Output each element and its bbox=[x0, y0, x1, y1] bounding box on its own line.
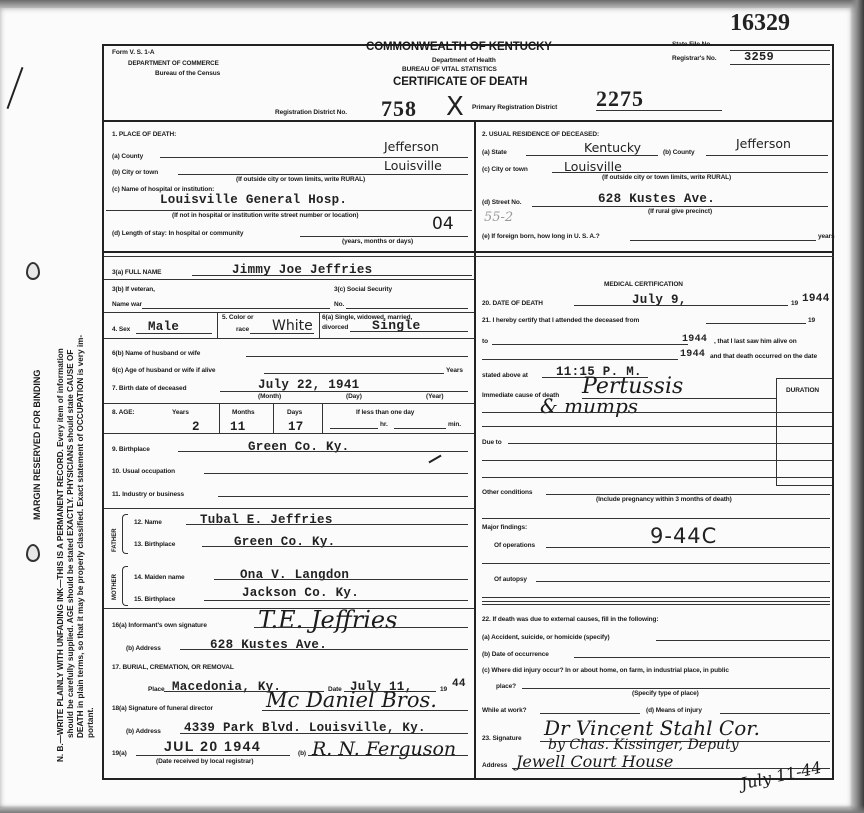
signature-label: 23. Signature bbox=[482, 735, 522, 742]
sex-line bbox=[136, 333, 212, 334]
received-line bbox=[136, 755, 290, 756]
birth-month-note: (Month) bbox=[258, 393, 281, 400]
stay-line bbox=[300, 236, 468, 237]
res-state-value: Kentucky bbox=[584, 140, 641, 155]
father-name-line bbox=[186, 524, 468, 525]
occurred-text: and that death occurred on the date bbox=[710, 353, 817, 360]
commonwealth-title: COMMONWEALTH OF KENTUCKY bbox=[366, 41, 552, 53]
other-label: Other conditions bbox=[482, 489, 532, 496]
primary-district-line bbox=[596, 110, 722, 111]
row-line-4 bbox=[104, 403, 474, 404]
registrar-sig-line bbox=[308, 755, 468, 756]
other-line-2 bbox=[482, 518, 830, 519]
autopsy-line bbox=[536, 581, 830, 582]
occupation-label: 10. Usual occupation bbox=[112, 468, 175, 475]
work-line bbox=[540, 713, 640, 714]
duration-line-2 bbox=[776, 426, 832, 427]
res-state-line bbox=[526, 155, 658, 156]
registrar-signature: R. N. Ferguson bbox=[312, 738, 456, 760]
years-value: 2 bbox=[192, 420, 200, 434]
informant-signature: T.E. Jeffries bbox=[258, 606, 397, 634]
margin-pencil-mark: 55-2 bbox=[484, 210, 513, 225]
full-name-line bbox=[192, 275, 472, 276]
signature-deputy: by Chas. Kissinger, Deputy bbox=[548, 737, 739, 753]
spouse-age-unit: Years bbox=[446, 367, 463, 374]
last-seen-text: , that I last saw him alive on bbox=[714, 338, 797, 345]
color-line bbox=[250, 333, 314, 334]
margin-note-line-1: N. B.—WRITE PLAINLY WITH UNFADING INK—TH… bbox=[56, 348, 65, 762]
birth-day-note: (Day) bbox=[346, 393, 362, 400]
informant-sig-label: 16(a) Informant's own signature bbox=[112, 622, 207, 629]
autopsy-line-2 bbox=[482, 597, 830, 598]
death-year-prefix: 19 bbox=[791, 300, 798, 307]
scan-shadow-bottom bbox=[0, 805, 864, 813]
years-label: Years bbox=[172, 409, 189, 416]
findings-label: Major findings: bbox=[482, 524, 527, 531]
sex-value: Male bbox=[148, 320, 179, 334]
accident-line bbox=[656, 640, 830, 641]
margin-note-line-4: portant. bbox=[86, 708, 95, 738]
reg-district-label: Registration District No. bbox=[275, 109, 347, 116]
res-county-line bbox=[706, 155, 828, 156]
months-label: Months bbox=[232, 409, 255, 416]
hospital-line bbox=[106, 210, 472, 211]
father-name-label: 12. Name bbox=[134, 519, 162, 526]
other-line bbox=[546, 494, 830, 495]
death-date-label: 20. DATE OF DEATH bbox=[482, 300, 543, 307]
row-line-3 bbox=[104, 338, 474, 339]
lt-day-label: If less than one day bbox=[356, 409, 414, 416]
mother-birth-label: 15. Birthplace bbox=[134, 596, 175, 603]
residence-heading: 2. USUAL RESIDENCE OF DECEASED: bbox=[482, 131, 599, 138]
days-label: Days bbox=[287, 409, 302, 416]
hospital-note: (If not in hospital or institution write… bbox=[172, 212, 359, 219]
informant-address-line bbox=[180, 649, 468, 650]
row-line-2 bbox=[104, 312, 474, 313]
where-label: (c) Where did injury occur? In or about … bbox=[482, 667, 729, 674]
foreign-unit: years bbox=[818, 233, 835, 240]
ext-divider-2 bbox=[482, 604, 830, 605]
sig-address-label: Address bbox=[482, 762, 507, 769]
reg-district-value: 758 bbox=[381, 96, 417, 122]
color-value: White bbox=[272, 318, 313, 334]
burial-year-prefix: 19 bbox=[440, 686, 447, 693]
medical-heading: MEDICAL CERTIFICATION bbox=[604, 281, 683, 288]
department: DEPARTMENT OF COMMERCE bbox=[128, 60, 219, 67]
cause-line-3 bbox=[482, 426, 776, 427]
age-divider-2 bbox=[273, 403, 274, 433]
margin-note-line-2: should be carefully supplied. AGE should… bbox=[66, 350, 75, 738]
birth-value: July 22, 1941 bbox=[258, 378, 359, 392]
age-divider-1 bbox=[219, 403, 220, 433]
operations-line-2 bbox=[482, 563, 830, 564]
registrar-label: Registrar's No. bbox=[672, 55, 716, 62]
to-label: to bbox=[482, 338, 488, 345]
registrar-value: 3259 bbox=[744, 50, 774, 64]
registrar-sig-label: (b) bbox=[298, 750, 306, 757]
hospital-label: (c) Name of hospital or institution: bbox=[112, 186, 214, 193]
operations-label: Of operations bbox=[494, 542, 535, 549]
birthplace-line bbox=[178, 451, 468, 452]
dept-health: Department of Health bbox=[432, 57, 496, 64]
mother-name-label: 14. Maiden name bbox=[134, 574, 185, 581]
spouse-line bbox=[246, 356, 468, 357]
operations-line bbox=[546, 547, 830, 548]
hospital-value: Louisville General Hosp. bbox=[160, 193, 347, 207]
received-label: 19(a) bbox=[112, 750, 127, 757]
certify-label: 21. I hereby certify that I attended the… bbox=[482, 317, 639, 324]
res-county-value: Jefferson bbox=[736, 136, 791, 151]
duration-line-3 bbox=[776, 443, 832, 444]
received-date-stamp: JUL 20 1944 bbox=[164, 738, 261, 754]
margin-reserved-text: MARGIN RESERVED FOR BINDING bbox=[32, 370, 42, 520]
row-line-5 bbox=[104, 433, 474, 434]
county-value: Jefferson bbox=[384, 139, 439, 154]
mother-bracket bbox=[122, 566, 128, 606]
last-seen-year: 1944 bbox=[680, 349, 705, 360]
director-address-line bbox=[180, 733, 468, 734]
duration-line-5 bbox=[776, 477, 832, 478]
director-address-label: (b) Address bbox=[126, 728, 161, 735]
war-line bbox=[142, 308, 330, 309]
bureau-vital: BUREAU OF VITAL STATISTICS bbox=[402, 66, 497, 73]
marital-label-2: divorced bbox=[322, 324, 348, 331]
color-label-2: race bbox=[236, 326, 249, 333]
hr-label: hr. bbox=[380, 421, 388, 428]
section-divider-1 bbox=[104, 251, 834, 253]
war-label: Name war bbox=[112, 301, 142, 308]
res-city-line bbox=[552, 172, 828, 173]
occurrence-line bbox=[574, 657, 830, 658]
certificate-number: 16329 bbox=[730, 10, 790, 37]
duration-line-1 bbox=[776, 412, 832, 413]
age-divider-3 bbox=[322, 403, 323, 433]
duration-line-4 bbox=[776, 460, 832, 461]
city-label: (b) City or town bbox=[112, 169, 158, 176]
burial-heading: 17. BURIAL, CREMATION, OR REMOVAL bbox=[112, 664, 234, 671]
ss-label: 3(c) Social Security bbox=[334, 286, 392, 293]
days-value: 17 bbox=[288, 420, 304, 434]
sex-label: 4. Sex bbox=[112, 326, 130, 333]
row-line-1 bbox=[104, 279, 474, 280]
certify-line bbox=[706, 323, 806, 324]
res-street-line bbox=[532, 206, 828, 207]
min-line bbox=[394, 428, 446, 429]
occupation-line bbox=[204, 473, 468, 474]
binding-hole-bottom bbox=[26, 544, 40, 562]
city-value: Louisville bbox=[384, 158, 442, 173]
stated-label: stated above at bbox=[482, 372, 528, 379]
due-line-1 bbox=[508, 443, 776, 444]
father-tag: FATHER bbox=[112, 528, 118, 552]
industry-label: 11. Industry or business bbox=[112, 491, 184, 498]
industry-line bbox=[218, 496, 468, 497]
last-seen-line bbox=[482, 359, 678, 360]
director-label: 18(a) Signature of funeral director bbox=[112, 705, 213, 712]
county-label: (a) County bbox=[112, 153, 143, 160]
x-mark: X bbox=[446, 92, 464, 122]
months-value: 11 bbox=[230, 420, 246, 434]
spouse-age-label: 6(c) Age of husband or wife if alive bbox=[112, 367, 215, 374]
row-line-6 bbox=[104, 508, 474, 509]
header-divider bbox=[104, 120, 834, 122]
mother-tag: MOTHER bbox=[112, 574, 118, 600]
res-street-label: (d) Street No. bbox=[482, 199, 521, 206]
place-label: place? bbox=[496, 683, 516, 690]
other-note: (Include pregnancy within 3 months of de… bbox=[596, 496, 732, 503]
spouse-age-line bbox=[264, 373, 444, 374]
informant-address-label: (b) Address bbox=[126, 645, 161, 652]
burial-place-label: Place bbox=[148, 686, 165, 693]
color-label-1: 5. Color or bbox=[222, 314, 253, 321]
ss-no-label: No. bbox=[334, 301, 344, 308]
primary-district-label: Primary Registration District bbox=[472, 104, 557, 111]
stay-label: (d) Length of stay: In hospital or commu… bbox=[112, 230, 243, 237]
certificate-title: CERTIFICATE OF DEATH bbox=[393, 76, 527, 88]
classification-code: 9-44C bbox=[650, 524, 717, 548]
full-name-label: 3(a) FULL NAME bbox=[112, 269, 161, 276]
city-note: (If outside city or town limits, write R… bbox=[236, 176, 365, 183]
sex-divider bbox=[217, 312, 218, 338]
res-street-note: (If rural give precinct) bbox=[648, 208, 712, 215]
center-divider bbox=[474, 122, 476, 778]
spouse-label: 6(b) Name of husband or wife bbox=[112, 350, 200, 357]
scan-shadow-right bbox=[850, 0, 864, 813]
burial-year-value: 44 bbox=[452, 678, 466, 690]
mother-birth-line bbox=[204, 600, 468, 601]
occurrence-label: (b) Date of occurrence bbox=[482, 651, 549, 658]
due-line-3 bbox=[482, 477, 776, 478]
autopsy-label: Of autopsy bbox=[494, 576, 527, 583]
binding-hole-top bbox=[26, 262, 40, 280]
certify-19: 19 bbox=[808, 317, 815, 324]
registrar-line bbox=[730, 64, 830, 65]
state-file-label: State File No. bbox=[672, 41, 712, 48]
cause-line-2 bbox=[482, 412, 776, 413]
director-signature: Mc Daniel Bros. bbox=[266, 688, 437, 712]
director-line bbox=[262, 710, 468, 711]
work-label: While at work? bbox=[482, 707, 526, 714]
place-note: (Specify type of place) bbox=[632, 690, 699, 697]
bureau: Bureau of the Census bbox=[155, 70, 220, 77]
res-street-value: 628 Kustes Ave. bbox=[598, 192, 715, 206]
to-year: 1944 bbox=[682, 334, 707, 345]
informant-sig-line bbox=[254, 627, 468, 628]
birth-year-note: (Year) bbox=[426, 393, 443, 400]
external-heading: 22. If death was due to external causes,… bbox=[482, 616, 658, 623]
res-city-note: (If outside city or town limits, write R… bbox=[602, 174, 731, 181]
place-line bbox=[522, 688, 830, 689]
duration-box bbox=[776, 378, 832, 486]
stay-value: 04 bbox=[432, 214, 454, 234]
section-divider-1b bbox=[104, 256, 834, 257]
color-divider bbox=[319, 312, 320, 338]
mother-name-line bbox=[214, 579, 468, 580]
foreign-line bbox=[630, 240, 816, 241]
age-label: 8. AGE: bbox=[112, 409, 135, 416]
death-year-value: 1944 bbox=[802, 293, 830, 305]
birthplace-label: 9. Birthplace bbox=[112, 446, 150, 453]
city-line bbox=[178, 174, 468, 175]
foreign-label: (e) If foreign born, how long in U. S. A… bbox=[482, 233, 600, 240]
father-birth-label: 13. Birthplace bbox=[134, 541, 175, 548]
accident-label: (a) Accident, suicide, or homicide (spec… bbox=[482, 634, 610, 641]
received-note: (Date received by local registrar) bbox=[156, 758, 253, 765]
form-id: Form V. S. 1-A bbox=[112, 49, 154, 56]
place-of-death-heading: 1. PLACE OF DEATH: bbox=[112, 131, 176, 138]
margin-note-line-3: DEATH in plain terms, so that it may be … bbox=[76, 335, 85, 738]
min-label: min. bbox=[448, 421, 461, 428]
res-city-label: (c) City or town bbox=[482, 166, 528, 173]
birth-label: 7. Birth date of deceased bbox=[112, 385, 186, 392]
to-line bbox=[492, 344, 688, 345]
due-line-2 bbox=[482, 460, 776, 461]
hr-line bbox=[330, 428, 378, 429]
res-county-label: (b) County bbox=[663, 149, 695, 156]
primary-district-value: 2275 bbox=[596, 86, 644, 112]
means-line bbox=[720, 713, 830, 714]
ext-divider-1 bbox=[482, 601, 830, 602]
due-label: Due to bbox=[482, 439, 502, 446]
birth-line bbox=[220, 391, 468, 392]
father-bracket bbox=[122, 514, 128, 554]
duration-label: DURATION bbox=[786, 387, 819, 394]
cause-secondary: & mumps bbox=[540, 394, 638, 418]
death-date-line bbox=[574, 305, 788, 306]
res-state-label: (a) State bbox=[482, 149, 507, 156]
mother-birth-value: Jackson Co. Ky. bbox=[242, 586, 359, 600]
veteran-label: 3(b) If veteran, bbox=[112, 286, 155, 293]
father-birth-line bbox=[202, 546, 468, 547]
stay-note: (years, months or days) bbox=[342, 238, 413, 245]
means-label: (d) Means of injury bbox=[646, 707, 702, 714]
ss-line bbox=[346, 308, 468, 309]
marital-line bbox=[350, 331, 468, 332]
